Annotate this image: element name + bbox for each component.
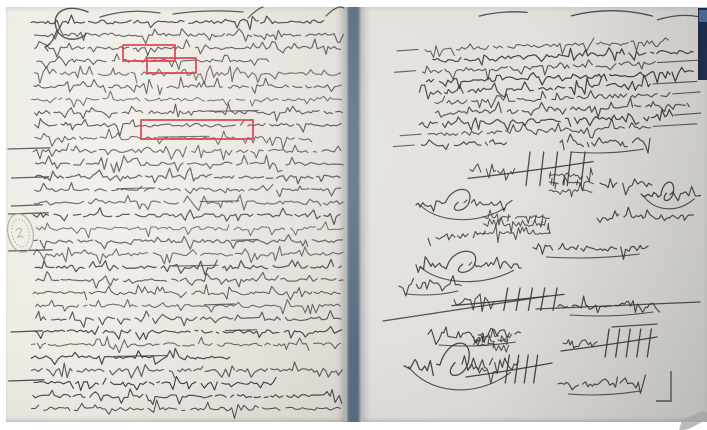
right-manuscript-page [362,7,707,422]
highlight-box-3 [140,119,254,140]
page-gap [345,7,362,422]
table-backdrop-highlight [699,10,707,22]
highlight-box-2 [146,57,197,74]
manuscript-photo [0,0,707,430]
